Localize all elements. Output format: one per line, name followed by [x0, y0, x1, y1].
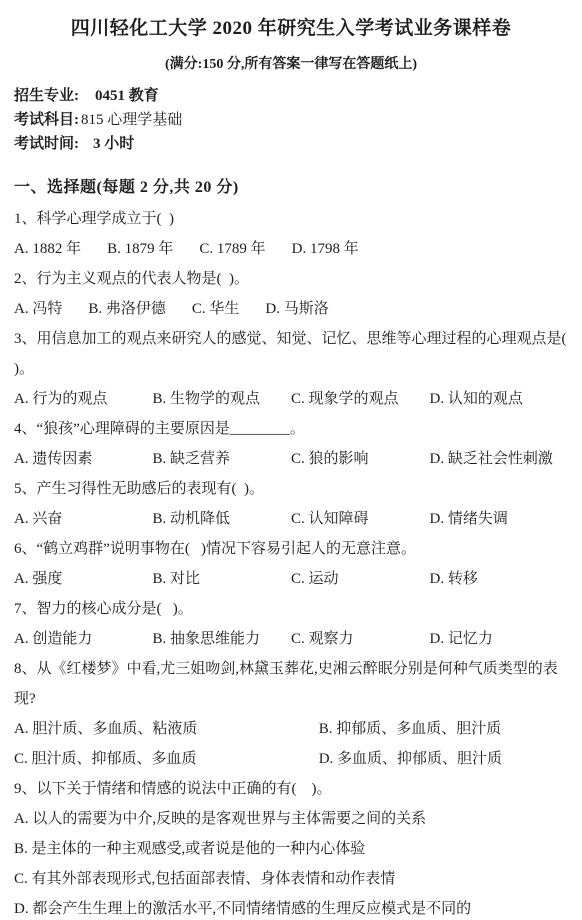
- meta-label: 招生专业:: [14, 88, 79, 104]
- question-stem: 3、用信息加工的观点来研究人的感觉、知觉、记忆、思维等心理过程的心理观点是( )…: [14, 324, 568, 384]
- options-row: A. 强度B. 对比C. 运动D. 转移: [14, 564, 568, 594]
- option: C. 华生: [192, 294, 240, 324]
- option: C. 运动: [291, 564, 430, 594]
- options-row: A. 胆汁质、多血质、粘液质B. 抑郁质、多血质、胆汁质C. 胆汁质、抑郁质、多…: [14, 714, 568, 774]
- option: A. 冯特: [14, 294, 62, 324]
- question-block: 8、从《红楼梦》中看,尤三姐吻剑,林黛玉葬花,史湘云醉眠分别是何种气质类型的表现…: [14, 654, 568, 774]
- meta-value: 0451 教育: [95, 88, 159, 104]
- options-row: A. 创造能力B. 抽象思维能力C. 观察力D. 记忆力: [14, 624, 568, 654]
- option: D. 多血质、抑郁质、胆汁质: [319, 744, 568, 774]
- meta-label: 考试时间:: [14, 136, 79, 152]
- option: B. 生物学的观点: [153, 384, 292, 414]
- question-stem: 6、“鹤立鸡群”说明事物在( )情况下容易引起人的无意注意。: [14, 534, 568, 564]
- question-stem: 9、以下关于情绪和情感的说法中正确的有( )。: [14, 774, 568, 804]
- meta-label: 考试科目:: [14, 112, 79, 128]
- option: C. 1789 年: [199, 234, 265, 264]
- option: D. 都会产生生理上的激活水平,不同情绪情感的生理反应模式是不同的: [14, 894, 568, 920]
- question-block: 9、以下关于情绪和情感的说法中正确的有( )。A. 以人的需要为中介,反映的是客…: [14, 774, 568, 920]
- exam-meta-block: 招生专业:0451 教育考试科目:815 心理学基础考试时间:3 小时: [14, 84, 568, 156]
- option: B. 缺乏营养: [153, 444, 292, 474]
- option: A. 行为的观点: [14, 384, 153, 414]
- meta-row: 考试科目:815 心理学基础: [14, 108, 568, 132]
- option: B. 1879 年: [107, 234, 173, 264]
- question-stem: 5、产生习得性无助感后的表现有( )。: [14, 474, 568, 504]
- option: C. 观察力: [291, 624, 430, 654]
- meta-value: 815 心理学基础: [81, 112, 182, 128]
- question-stem: 1、科学心理学成立于( ): [14, 204, 568, 234]
- option: D. 马斯洛: [265, 294, 328, 324]
- option: A. 胆汁质、多血质、粘液质: [14, 714, 319, 744]
- options-row: A. 冯特B. 弗洛伊德C. 华生D. 马斯洛: [14, 294, 568, 324]
- question-stem: 8、从《红楼梦》中看,尤三姐吻剑,林黛玉葬花,史湘云醉眠分别是何种气质类型的表现…: [14, 654, 568, 714]
- option: C. 胆汁质、抑郁质、多血质: [14, 744, 319, 774]
- options-row: A. 兴奋B. 动机降低C. 认知障碍D. 情绪失调: [14, 504, 568, 534]
- option: C. 狼的影响: [291, 444, 430, 474]
- option: A. 以人的需要为中介,反映的是客观世界与主体需要之间的关系: [14, 804, 568, 834]
- question-block: 7、智力的核心成分是( )。A. 创造能力B. 抽象思维能力C. 观察力D. 记…: [14, 594, 568, 654]
- question-block: 1、科学心理学成立于( )A. 1882 年B. 1879 年C. 1789 年…: [14, 204, 568, 264]
- options-row: A. 1882 年B. 1879 年C. 1789 年D. 1798 年: [14, 234, 568, 264]
- option: A. 兴奋: [14, 504, 153, 534]
- question-block: 5、产生习得性无助感后的表现有( )。A. 兴奋B. 动机降低C. 认知障碍D.…: [14, 474, 568, 534]
- meta-row: 考试时间:3 小时: [14, 132, 568, 156]
- option: B. 对比: [153, 564, 292, 594]
- option: A. 创造能力: [14, 624, 153, 654]
- option: C. 认知障碍: [291, 504, 430, 534]
- option: C. 现象学的观点: [291, 384, 430, 414]
- option: D. 情绪失调: [430, 504, 569, 534]
- exam-paper-page: 四川轻化工大学 2020 年研究生入学考试业务课样卷 (满分:150 分,所有答…: [0, 0, 582, 920]
- option: A. 1882 年: [14, 234, 81, 264]
- page-title: 四川轻化工大学 2020 年研究生入学考试业务课样卷: [14, 16, 568, 42]
- option: A. 强度: [14, 564, 153, 594]
- option: D. 1798 年: [292, 234, 359, 264]
- meta-value: 3 小时: [93, 136, 134, 152]
- options-row: A. 遗传因素B. 缺乏营养C. 狼的影响D. 缺乏社会性刺激: [14, 444, 568, 474]
- option: D. 记忆力: [430, 624, 569, 654]
- question-block: 6、“鹤立鸡群”说明事物在( )情况下容易引起人的无意注意。A. 强度B. 对比…: [14, 534, 568, 594]
- question-block: 2、行为主义观点的代表人物是( )。A. 冯特B. 弗洛伊德C. 华生D. 马斯…: [14, 264, 568, 324]
- option: B. 是主体的一种主观感受,或者说是他的一种内心体验: [14, 834, 568, 864]
- question-block: 3、用信息加工的观点来研究人的感觉、知觉、记忆、思维等心理过程的心理观点是( )…: [14, 324, 568, 414]
- option: A. 遗传因素: [14, 444, 153, 474]
- meta-row: 招生专业:0451 教育: [14, 84, 568, 108]
- options-row: A. 行为的观点B. 生物学的观点C. 现象学的观点D. 认知的观点: [14, 384, 568, 414]
- option: C. 有其外部表现形式,包括面部表情、身体表情和动作表情: [14, 864, 568, 894]
- option: B. 弗洛伊德: [88, 294, 166, 324]
- option: D. 认知的观点: [430, 384, 569, 414]
- question-stem: 7、智力的核心成分是( )。: [14, 594, 568, 624]
- option: B. 动机降低: [153, 504, 292, 534]
- option: B. 抑郁质、多血质、胆汁质: [319, 714, 568, 744]
- question-block: 4、“狼孩”心理障碍的主要原因是________。A. 遗传因素B. 缺乏营养C…: [14, 414, 568, 474]
- option: D. 缺乏社会性刺激: [430, 444, 569, 474]
- question-stem: 2、行为主义观点的代表人物是( )。: [14, 264, 568, 294]
- question-list: 1、科学心理学成立于( )A. 1882 年B. 1879 年C. 1789 年…: [14, 204, 568, 920]
- options-row: A. 以人的需要为中介,反映的是客观世界与主体需要之间的关系B. 是主体的一种主…: [14, 804, 568, 920]
- option: D. 转移: [430, 564, 569, 594]
- section-heading: 一、选择题(每题 2 分,共 20 分): [14, 176, 568, 200]
- score-note: (满分:150 分,所有答案一律写在答题纸上): [14, 56, 568, 74]
- option: B. 抽象思维能力: [153, 624, 292, 654]
- question-stem: 4、“狼孩”心理障碍的主要原因是________。: [14, 414, 568, 444]
